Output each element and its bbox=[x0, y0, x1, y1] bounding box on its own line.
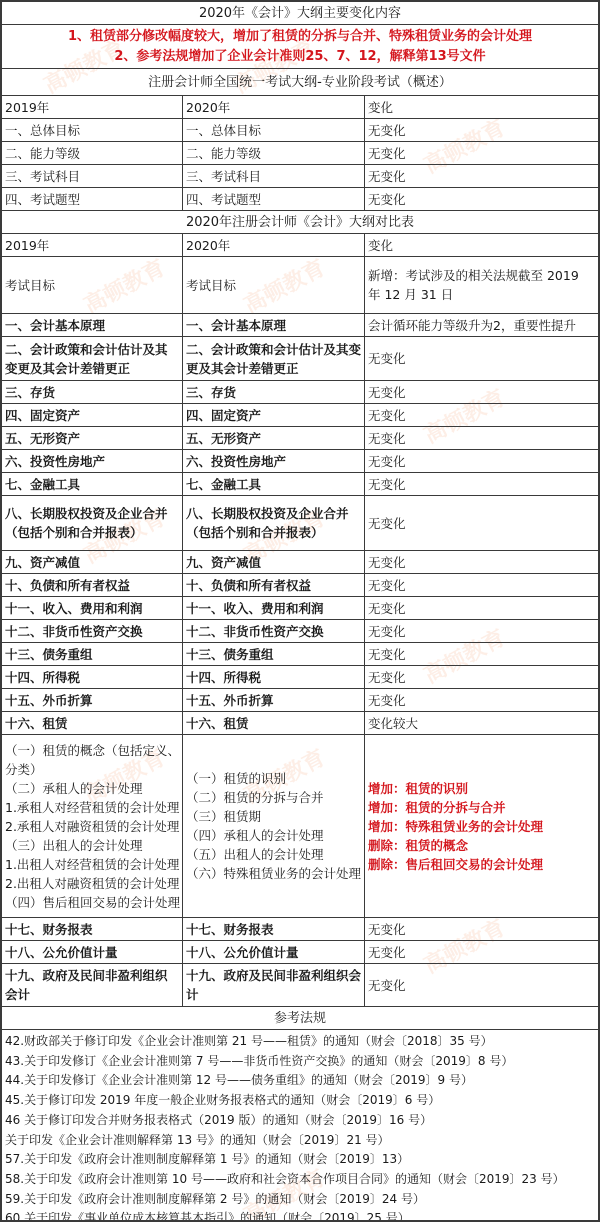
col-header-change: 变化 bbox=[364, 96, 600, 118]
table-row: 八、长期股权投资及企业合并（包括个别和合并报表） 八、长期股权投资及企业合并（包… bbox=[0, 496, 600, 550]
cell-2019: 三、考试科目 bbox=[0, 165, 182, 187]
cell-2019: 十一、收入、费用和利润 bbox=[0, 597, 182, 619]
cell-change: 无变化 bbox=[364, 473, 600, 495]
table-row: 十三、债务重组 十三、债务重组 无变化 bbox=[0, 643, 600, 665]
cell-2019: 十五、外币折算 bbox=[0, 689, 182, 711]
cell-2019: 十六、租赁 bbox=[0, 712, 182, 734]
lease-2019-list: （一）租赁的概念（包括定义、 分类） （二）承租人的会计处理 1.承租人对经营租… bbox=[0, 735, 182, 917]
cell-2020: 十三、债务重组 bbox=[182, 643, 364, 665]
lease-2019-item: （一）租赁的概念（包括定义、 bbox=[5, 741, 180, 760]
cell-change: 无变化 bbox=[364, 119, 600, 141]
table-row: 十六、租赁 十六、租赁 变化较大 bbox=[0, 712, 600, 734]
reference-item: 42.财政部关于修订印发《企业会计准则第 21 号——租赁》的通知（财会〔201… bbox=[5, 1032, 595, 1052]
cell-2020: 十四、所得税 bbox=[182, 666, 364, 688]
cell-2020: 十五、外币折算 bbox=[182, 689, 364, 711]
table-row: 十四、所得税 十四、所得税 无变化 bbox=[0, 666, 600, 688]
cell-change: 会计循环能力等级升为2，重要性提升 bbox=[364, 314, 600, 336]
lease-2020-item: （三）租赁期 bbox=[186, 807, 261, 826]
section1-title: 注册会计师全国统一考试大纲-专业阶段考试（概述） bbox=[0, 69, 600, 95]
lease-2020-item: （五）出租人的会计处理 bbox=[186, 845, 324, 864]
cell-change: 无变化 bbox=[364, 574, 600, 596]
cell-2019: 十四、所得税 bbox=[0, 666, 182, 688]
references-list: 42.财政部关于修订印发《企业会计准则第 21 号——租赁》的通知（财会〔201… bbox=[0, 1030, 600, 1220]
table-row: 三、存货 三、存货 无变化 bbox=[0, 381, 600, 403]
reference-item: 关于印发《企业会计准则解释第 13 号》的通知（财会〔2019〕21 号） bbox=[5, 1131, 595, 1151]
document-title-row: 2020年《会计》大纲主要变化内容 bbox=[0, 2, 600, 24]
section1-header-row: 2019年 2020年 变化 bbox=[0, 96, 600, 118]
cell-change: 无变化 bbox=[364, 427, 600, 449]
cell-2020: 三、考试科目 bbox=[182, 165, 364, 187]
reference-item: 43.关于印发修订《企业会计准则第 7 号——非货币性资产交换》的通知（财会〔2… bbox=[5, 1052, 595, 1072]
table-row: 二、会计政策和会计估计及其变更及其会计差错更正 二、会计政策和会计估计及其变更及… bbox=[0, 337, 600, 380]
cell-2020: 八、长期股权投资及企业合并（包括个别和合并报表） bbox=[182, 496, 364, 550]
table-row: 五、无形资产 五、无形资产 无变化 bbox=[0, 427, 600, 449]
table-row: 十五、外币折算 十五、外币折算 无变化 bbox=[0, 689, 600, 711]
lease-2019-item: 1.出租人对经营租赁的会计处理 bbox=[5, 855, 179, 874]
lease-2019-item: （三）出租人的会计处理 bbox=[5, 836, 143, 855]
cell-change: 无变化 bbox=[364, 918, 600, 940]
cell-2019: 二、能力等级 bbox=[0, 142, 182, 164]
cell-change: 无变化 bbox=[364, 188, 600, 210]
table-row: 二、能力等级 二、能力等级 无变化 bbox=[0, 142, 600, 164]
lease-2019-item: 2.出租人对融资租赁的会计处理 bbox=[5, 874, 179, 893]
section2-title: 2020年注册会计师《会计》大纲对比表 bbox=[0, 211, 600, 233]
cell-2020: 九、资产减值 bbox=[182, 551, 364, 573]
lease-2019-item: （四）售后租回交易的会计处理 bbox=[5, 893, 180, 912]
cell-change: 无变化 bbox=[364, 142, 600, 164]
note-1: 1、租赁部分修改幅度较大，增加了租赁的分拆与合并、特殊租赁业务的会计处理 bbox=[68, 27, 532, 47]
cell-change: 无变化 bbox=[364, 666, 600, 688]
cell-2020: 十七、财务报表 bbox=[182, 918, 364, 940]
cell-2020: 四、考试题型 bbox=[182, 188, 364, 210]
cell-change: 无变化 bbox=[364, 551, 600, 573]
col-header-change: 变化 bbox=[364, 234, 600, 256]
section2-header-row: 2019年 2020年 变化 bbox=[0, 234, 600, 256]
cell-2020: 一、会计基本原理 bbox=[182, 314, 364, 336]
cell-2019: 十九、政府及民间非盈利组织会计 bbox=[0, 964, 182, 1006]
table-row: 九、资产减值 九、资产减值 无变化 bbox=[0, 551, 600, 573]
table-row: 十七、财务报表 十七、财务报表 无变化 bbox=[0, 918, 600, 940]
cell-2019: 六、投资性房地产 bbox=[0, 450, 182, 472]
cell-2019: 二、会计政策和会计估计及其变更及其会计差错更正 bbox=[0, 337, 182, 380]
lease-change-item: 删除：租赁的概念 bbox=[368, 836, 468, 855]
cell-2020: 十二、非货币性资产交换 bbox=[182, 620, 364, 642]
cell-2019: 一、总体目标 bbox=[0, 119, 182, 141]
cell-2019: 五、无形资产 bbox=[0, 427, 182, 449]
cell-2020: 二、能力等级 bbox=[182, 142, 364, 164]
note-2: 2、参考法规增加了企业会计准则25、7、12，解释第13号文件 bbox=[114, 47, 485, 67]
cell-2019: 十二、非货币性资产交换 bbox=[0, 620, 182, 642]
lease-2019-item: （二）承租人的会计处理 bbox=[5, 779, 143, 798]
col-header-2019: 2019年 bbox=[0, 96, 182, 118]
lease-2019-item: 2.承租人对融资租赁的会计处理 bbox=[5, 817, 179, 836]
lease-change-item: 增加：租赁的识别 bbox=[368, 779, 468, 798]
cell-change: 无变化 bbox=[364, 165, 600, 187]
cell-2020: 十、负债和所有者权益 bbox=[182, 574, 364, 596]
reference-item: 44.关于印发修订《企业会计准则第 12 号——债务重组》的通知（财会〔2019… bbox=[5, 1071, 595, 1091]
lease-2020-item: （六）特殊租赁业务的会计处理 bbox=[186, 864, 361, 883]
lease-detail-row: （一）租赁的概念（包括定义、 分类） （二）承租人的会计处理 1.承租人对经营租… bbox=[0, 735, 600, 917]
reference-item: 45.关于修订印发 2019 年度一般企业财务报表格式的通知（财会〔2019〕6… bbox=[5, 1091, 595, 1111]
col-header-2019: 2019年 bbox=[0, 234, 182, 256]
table-row: 十、负债和所有者权益 十、负债和所有者权益 无变化 bbox=[0, 574, 600, 596]
lease-2020-item: （四）承租人的会计处理 bbox=[186, 826, 324, 845]
lease-change-item: 增加：特殊租赁业务的会计处理 bbox=[368, 817, 543, 836]
table-row: 十九、政府及民间非盈利组织会计 十九、政府及民间非盈利组织会计 无变化 bbox=[0, 964, 600, 1006]
cell-2019: 一、会计基本原理 bbox=[0, 314, 182, 336]
cell-2019: 十三、债务重组 bbox=[0, 643, 182, 665]
reference-item: 58.关于印发《政府会计准则第 10 号——政府和社会资本合作项目合同》的通知（… bbox=[5, 1170, 595, 1190]
document-title: 2020年《会计》大纲主要变化内容 bbox=[0, 2, 600, 24]
change-notes: 1、租赁部分修改幅度较大，增加了租赁的分拆与合并、特殊租赁业务的会计处理 2、参… bbox=[0, 25, 600, 68]
lease-2020-item: （一）租赁的识别 bbox=[186, 769, 286, 788]
lease-2019-item: 1.承租人对经营租赁的会计处理 bbox=[5, 798, 179, 817]
cell-change: 无变化 bbox=[364, 381, 600, 403]
cell-2020: 五、无形资产 bbox=[182, 427, 364, 449]
cell-change: 新增：考试涉及的相关法规截至 2019 年 12 月 31 日 bbox=[364, 257, 600, 313]
table-row: 考试目标 考试目标 新增：考试涉及的相关法规截至 2019 年 12 月 31 … bbox=[0, 257, 600, 313]
cell-2020: 二、会计政策和会计估计及其变更及其会计差错更正 bbox=[182, 337, 364, 380]
cell-2020: 七、金融工具 bbox=[182, 473, 364, 495]
cell-2020: 六、投资性房地产 bbox=[182, 450, 364, 472]
cell-2019: 十、负债和所有者权益 bbox=[0, 574, 182, 596]
table-row: 一、总体目标 一、总体目标 无变化 bbox=[0, 119, 600, 141]
table-row: 四、固定资产 四、固定资产 无变化 bbox=[0, 404, 600, 426]
cell-change: 无变化 bbox=[364, 450, 600, 472]
table-row: 一、会计基本原理 一、会计基本原理 会计循环能力等级升为2，重要性提升 bbox=[0, 314, 600, 336]
lease-change-item: 删除：售后租回交易的会计处理 bbox=[368, 855, 543, 874]
cell-2019: 八、长期股权投资及企业合并（包括个别和合并报表） bbox=[0, 496, 182, 550]
cell-2019: 十七、财务报表 bbox=[0, 918, 182, 940]
notes-row: 1、租赁部分修改幅度较大，增加了租赁的分拆与合并、特殊租赁业务的会计处理 2、参… bbox=[0, 25, 600, 68]
references-title: 参考法规 bbox=[0, 1007, 600, 1029]
cell-change: 无变化 bbox=[364, 689, 600, 711]
reference-item: 46 关于修订印发合并财务报表格式（2019 版）的通知（财会〔2019〕16 … bbox=[5, 1111, 595, 1131]
table-row: 十一、收入、费用和利润 十一、收入、费用和利润 无变化 bbox=[0, 597, 600, 619]
cell-change: 无变化 bbox=[364, 964, 600, 1006]
syllabus-document: 高顿教育 高顿教育 高顿教育 高顿教育 高顿教育 高顿教育 高顿教育 高顿教育 … bbox=[0, 0, 600, 1222]
cell-2019: 考试目标 bbox=[0, 257, 182, 313]
cell-2020: 四、固定资产 bbox=[182, 404, 364, 426]
table-row: 六、投资性房地产 六、投资性房地产 无变化 bbox=[0, 450, 600, 472]
lease-2019-item: 分类） bbox=[5, 760, 43, 779]
col-header-2020: 2020年 bbox=[182, 234, 364, 256]
lease-changes-list: 增加：租赁的识别 增加：租赁的分拆与合并 增加：特殊租赁业务的会计处理 删除：租… bbox=[364, 735, 600, 917]
cell-2019: 十八、公允价值计量 bbox=[0, 941, 182, 963]
cell-change: 无变化 bbox=[364, 597, 600, 619]
table-row: 四、考试题型 四、考试题型 无变化 bbox=[0, 188, 600, 210]
table-row: 十八、公允价值计量 十八、公允价值计量 无变化 bbox=[0, 941, 600, 963]
cell-change: 无变化 bbox=[364, 941, 600, 963]
reference-item: 57.关于印发《政府会计准则制度解释第 1 号》的通知（财会〔2019〕13） bbox=[5, 1150, 595, 1170]
cell-2020: 一、总体目标 bbox=[182, 119, 364, 141]
cell-2020: 三、存货 bbox=[182, 381, 364, 403]
cell-2019: 七、金融工具 bbox=[0, 473, 182, 495]
cell-2019: 四、固定资产 bbox=[0, 404, 182, 426]
table-row: 三、考试科目 三、考试科目 无变化 bbox=[0, 165, 600, 187]
cell-2019: 四、考试题型 bbox=[0, 188, 182, 210]
cell-2020: 十九、政府及民间非盈利组织会计 bbox=[182, 964, 364, 1006]
cell-change: 变化较大 bbox=[364, 712, 600, 734]
table-row: 七、金融工具 七、金融工具 无变化 bbox=[0, 473, 600, 495]
cell-change: 无变化 bbox=[364, 337, 600, 380]
cell-2019: 三、存货 bbox=[0, 381, 182, 403]
cell-2019: 九、资产减值 bbox=[0, 551, 182, 573]
reference-item: 59.关于印发《政府会计准则制度解释第 2 号》的通知（财会〔2019〕24 号… bbox=[5, 1190, 595, 1210]
lease-change-item: 增加：租赁的分拆与合并 bbox=[368, 798, 506, 817]
cell-2020: 十八、公允价值计量 bbox=[182, 941, 364, 963]
cell-2020: 十六、租赁 bbox=[182, 712, 364, 734]
lease-2020-list: （一）租赁的识别 （二）租赁的分拆与合并 （三）租赁期 （四）承租人的会计处理 … bbox=[182, 735, 364, 917]
cell-change: 无变化 bbox=[364, 496, 600, 550]
lease-2020-item: （二）租赁的分拆与合并 bbox=[186, 788, 324, 807]
cell-2020: 十一、收入、费用和利润 bbox=[182, 597, 364, 619]
table-row: 十二、非货币性资产交换 十二、非货币性资产交换 无变化 bbox=[0, 620, 600, 642]
col-header-2020: 2020年 bbox=[182, 96, 364, 118]
cell-change: 无变化 bbox=[364, 620, 600, 642]
cell-change: 无变化 bbox=[364, 404, 600, 426]
cell-2020: 考试目标 bbox=[182, 257, 364, 313]
cell-change: 无变化 bbox=[364, 643, 600, 665]
